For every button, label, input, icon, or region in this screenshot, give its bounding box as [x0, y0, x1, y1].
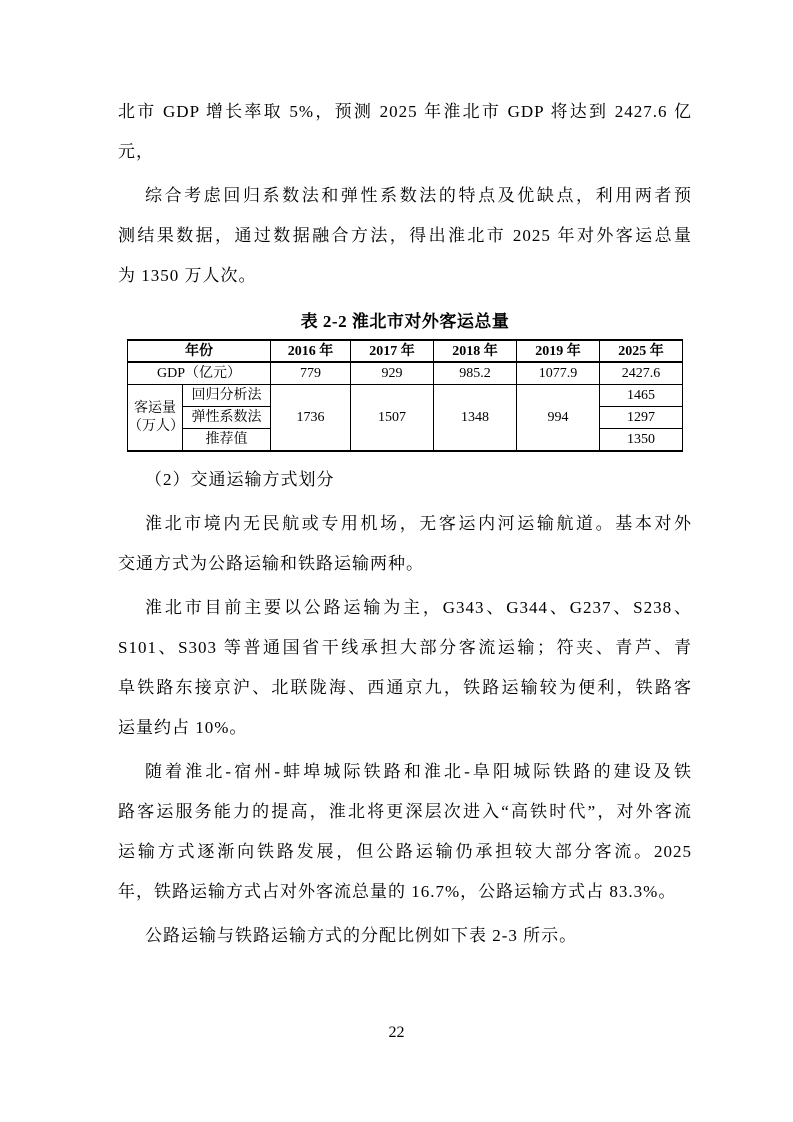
table-caption: 表 2-2 淮北市对外客运总量 [118, 310, 692, 334]
text-line: 运输方式逐渐向铁路发展，但公路运输仍承担较大部分客流。2025 [118, 832, 692, 872]
text-line: 测结果数据，通过数据融合方法，得出淮北市 2025 年对外客运总量 [118, 216, 692, 256]
gdp-value-cell: 779 [271, 362, 351, 385]
table-header-row: 年份 2016 年 2017 年 2018 年 2019 年 2025 年 [128, 340, 683, 362]
header-cell-2017: 2017 年 [351, 340, 434, 362]
gdp-value-cell: 1077.9 [517, 362, 600, 385]
text-line: S101、S303 等普通国省干线承担大部分客流运输；符夹、青芦、青 [118, 628, 692, 668]
method-name-cell: 弹性系数法 [183, 407, 271, 429]
text-section-before-table: 北市 GDP 增长率取 5%，预测 2025 年淮北市 GDP 将达到 2427… [118, 92, 692, 296]
header-cell-year: 年份 [128, 340, 271, 362]
passenger-volume-table: 年份 2016 年 2017 年 2018 年 2019 年 2025 年 GD… [127, 339, 683, 452]
text-line: 综合考虑回归系数法和弹性系数法的特点及优缺点，利用两者预 [118, 176, 692, 216]
gdp-label-cell: GDP（亿元） [128, 362, 271, 385]
passenger-value-cell: 994 [517, 385, 600, 452]
table-row-regression: 客运量 （万人） 回归分析法 1736 1507 1348 994 1465 [128, 385, 683, 407]
text-line: （2）交通运输方式划分 [118, 460, 692, 500]
paragraph: 北市 GDP 增长率取 5%，预测 2025 年淮北市 GDP 将达到 2427… [118, 92, 692, 172]
gdp-value-cell: 929 [351, 362, 434, 385]
paragraph: （2）交通运输方式划分 [118, 460, 692, 500]
text-section-after-table: （2）交通运输方式划分淮北市境内无民航或专用机场，无客运内河运输航道。基本对外交… [118, 460, 692, 956]
passenger-2025-cell: 1350 [600, 429, 683, 452]
document-page: 北市 GDP 增长率取 5%，预测 2025 年淮北市 GDP 将达到 2427… [0, 0, 793, 1122]
text-line: 淮北市目前主要以公路运输为主，G343、G344、G237、S238、 [118, 588, 692, 628]
text-line: 公路运输与铁路运输方式的分配比例如下表 2-3 所示。 [118, 916, 692, 956]
passenger-2025-cell: 1465 [600, 385, 683, 407]
text-line: 阜铁路东接京沪、北联陇海、西通京九，铁路运输较为便利，铁路客 [118, 668, 692, 708]
text-line: 路客运服务能力的提高，淮北将更深层次进入“高铁时代”，对外客流 [118, 792, 692, 832]
passenger-2025-cell: 1297 [600, 407, 683, 429]
text-line: 运量约占 10%。 [118, 708, 692, 748]
text-line: 为 1350 万人次。 [118, 256, 692, 296]
passenger-group-label-cell: 客运量 （万人） [128, 385, 183, 452]
text-line: 随着淮北-宿州-蚌埠城际铁路和淮北-阜阳城际铁路的建设及铁 [118, 752, 692, 792]
document-body: 北市 GDP 增长率取 5%，预测 2025 年淮北市 GDP 将达到 2427… [118, 92, 692, 960]
paragraph: 随着淮北-宿州-蚌埠城际铁路和淮北-阜阳城际铁路的建设及铁路客运服务能力的提高，… [118, 752, 692, 912]
paragraph: 淮北市目前主要以公路运输为主，G343、G344、G237、S238、S101、… [118, 588, 692, 748]
text-line: 年，铁路运输方式占对外客流总量的 16.7%，公路运输方式占 83.3%。 [118, 872, 692, 912]
header-cell-2016: 2016 年 [271, 340, 351, 362]
gdp-value-cell: 985.2 [434, 362, 517, 385]
header-cell-2019: 2019 年 [517, 340, 600, 362]
text-line: 交通方式为公路运输和铁路运输两种。 [118, 544, 692, 584]
passenger-value-cell: 1507 [351, 385, 434, 452]
method-name-cell: 回归分析法 [183, 385, 271, 407]
paragraph: 淮北市境内无民航或专用机场，无客运内河运输航道。基本对外交通方式为公路运输和铁路… [118, 504, 692, 584]
paragraph: 公路运输与铁路运输方式的分配比例如下表 2-3 所示。 [118, 916, 692, 956]
gdp-value-cell: 2427.6 [600, 362, 683, 385]
passenger-value-cell: 1348 [434, 385, 517, 452]
method-name-cell: 推荐值 [183, 429, 271, 452]
passenger-value-cell: 1736 [271, 385, 351, 452]
text-line: 淮北市境内无民航或专用机场，无客运内河运输航道。基本对外 [118, 504, 692, 544]
text-line: 北市 GDP 增长率取 5%，预测 2025 年淮北市 GDP 将达到 2427… [118, 92, 692, 132]
table-row-gdp: GDP（亿元） 779 929 985.2 1077.9 2427.6 [128, 362, 683, 385]
page-number: 22 [0, 1024, 793, 1042]
header-cell-2018: 2018 年 [434, 340, 517, 362]
paragraph: 综合考虑回归系数法和弹性系数法的特点及优缺点，利用两者预测结果数据，通过数据融合… [118, 176, 692, 296]
header-cell-2025: 2025 年 [600, 340, 683, 362]
text-line: 元， [118, 132, 692, 172]
